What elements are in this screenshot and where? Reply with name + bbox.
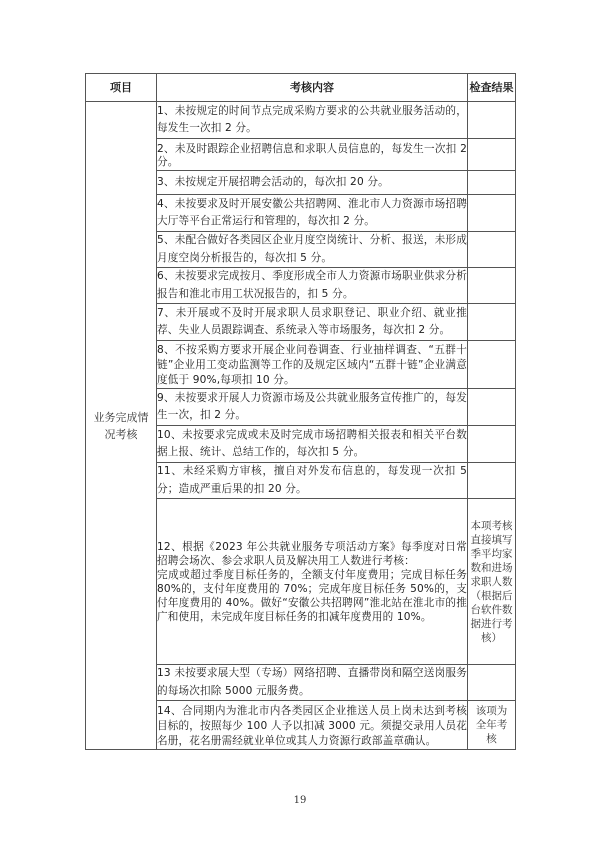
content-paragraph: 完成或超过季度目标任务的，全额支付年度费用；完成目标任务 80%的，支付年度费用… bbox=[157, 568, 467, 624]
content-cell: 8、不按采购方要求开展企业问卷调查、行业抽样调查、“五群十链”企业用工变动监测等… bbox=[157, 341, 468, 389]
result-cell bbox=[468, 304, 516, 341]
content-cell: 2、未及时跟踪企业招聘信息和求职人员信息的，每发生一次扣 2 分。 bbox=[157, 139, 468, 171]
result-cell bbox=[468, 139, 516, 171]
result-cell bbox=[468, 268, 516, 304]
result-cell bbox=[468, 665, 516, 701]
content-cell: 4、未按要求及时开展安徽公共招聘网、淮北市人力资源市场招聘大厅等平台正常运行和管… bbox=[157, 195, 468, 232]
content-cell: 10、未按要求完成或未及时完成市场招聘相关报表和相关平台数据上报、统计、总结工作… bbox=[157, 426, 468, 463]
content-cell: 13 未按要求展大型（专场）网络招聘、直播带岗和隔空送岗服务的每场次扣除 500… bbox=[157, 665, 468, 701]
result-cell bbox=[468, 171, 516, 195]
content-cell: 9、未按要求开展人力资源市场及公共就业服务宣传推广的，每发生一次，扣 2 分。 bbox=[157, 389, 468, 426]
result-note: 本项考核直接填写季平均家数和进场求职人数（根据后台软件数据进行考核） bbox=[468, 499, 516, 665]
result-cell bbox=[468, 341, 516, 389]
result-cell bbox=[468, 102, 516, 139]
content-cell: 11、未经采购方审核，擅自对外发布信息的，每发现一次扣 5 分；造成严重后果的扣… bbox=[157, 463, 468, 499]
header-content: 考核内容 bbox=[157, 74, 468, 102]
assessment-table: 项目 考核内容 检查结果 业务完成情况考核 1、未按规定的时间节点完成采购方要求… bbox=[85, 73, 516, 750]
result-cell bbox=[468, 232, 516, 268]
content-cell: 14、合同期内为淮北市内各类园区企业推送人员上岗未达到考核目标的，按照每少 10… bbox=[157, 701, 468, 750]
content-cell: 5、未配合做好各类园区企业月度空岗统计、分析、报送，未形成月度空岗分析报告的，每… bbox=[157, 232, 468, 268]
result-cell bbox=[468, 195, 516, 232]
content-paragraph: 12、根据《2023 年公共就业服务专项活动方案》每季度对日常招聘会场次、参会求… bbox=[157, 540, 467, 568]
content-cell: 1、未按规定的时间节点完成采购方要求的公共就业服务活动的，每发生一次扣 2 分。 bbox=[157, 102, 468, 139]
content-cell: 7、未开展或不及时开展求职人员求职登记、职业介绍、就业推荐、失业人员跟踪调查、系… bbox=[157, 304, 468, 341]
table-row: 业务完成情况考核 1、未按规定的时间节点完成采购方要求的公共就业服务活动的，每发… bbox=[86, 102, 516, 139]
content-cell: 3、未按规定开展招聘会活动的，每次扣 20 分。 bbox=[157, 171, 468, 195]
header-item: 项目 bbox=[86, 74, 157, 102]
table-header-row: 项目 考核内容 检查结果 bbox=[86, 74, 516, 102]
result-cell bbox=[468, 426, 516, 463]
result-cell bbox=[468, 463, 516, 499]
result-cell bbox=[468, 389, 516, 426]
page-number: 19 bbox=[0, 795, 600, 806]
content-cell: 6、未按要求完成按月、季度形成全市人力资源市场职业供求分析报告和淮北市用工状况报… bbox=[157, 268, 468, 304]
category-label: 业务完成情况考核 bbox=[86, 409, 156, 443]
content-cell: 12、根据《2023 年公共就业服务专项活动方案》每季度对日常招聘会场次、参会求… bbox=[157, 499, 468, 665]
category-cell: 业务完成情况考核 bbox=[86, 102, 157, 750]
result-note: 该项为全年考核 bbox=[468, 701, 516, 750]
header-result: 检查结果 bbox=[468, 74, 516, 102]
